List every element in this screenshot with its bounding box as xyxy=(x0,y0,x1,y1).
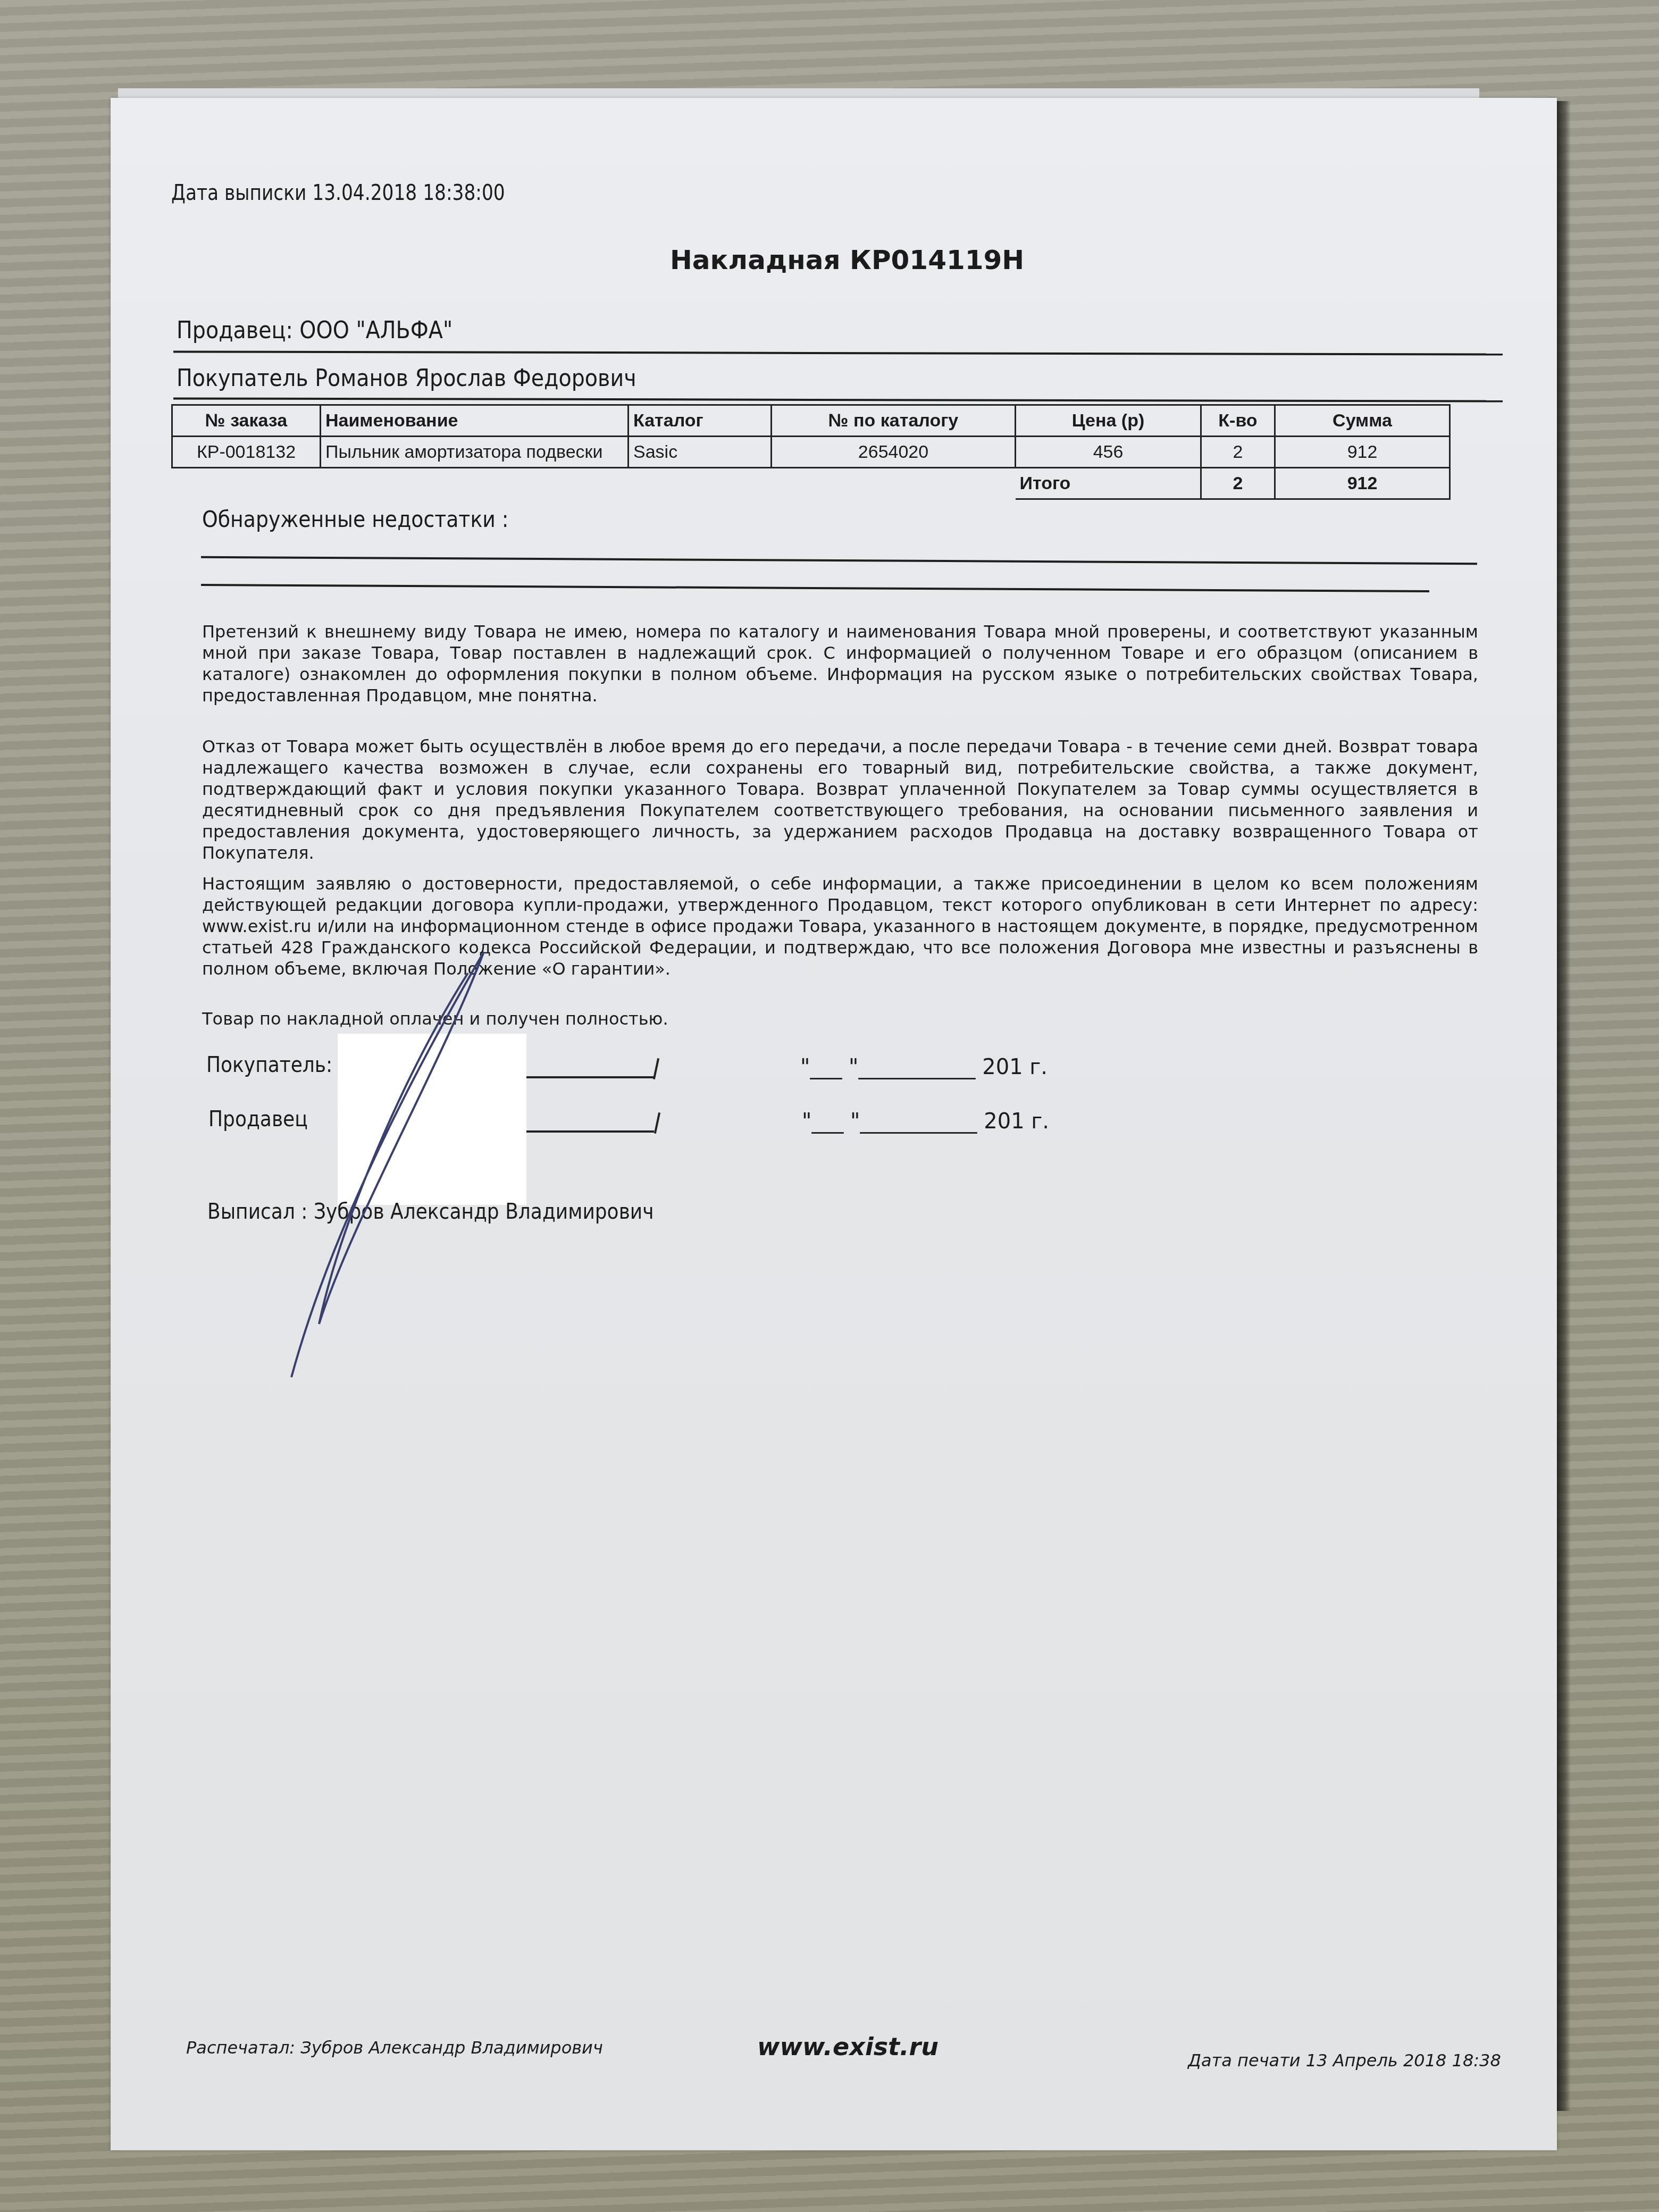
footer-website[interactable]: www.exist.ru xyxy=(757,2032,939,2061)
footer-printed-by: Распечатал: Зубров Александр Владимирови… xyxy=(186,2038,603,2058)
footer-print-date: Дата печати 13 Апрель 2018 18:38 xyxy=(1188,2050,1501,2071)
pen-signature-icon xyxy=(0,0,1659,2212)
